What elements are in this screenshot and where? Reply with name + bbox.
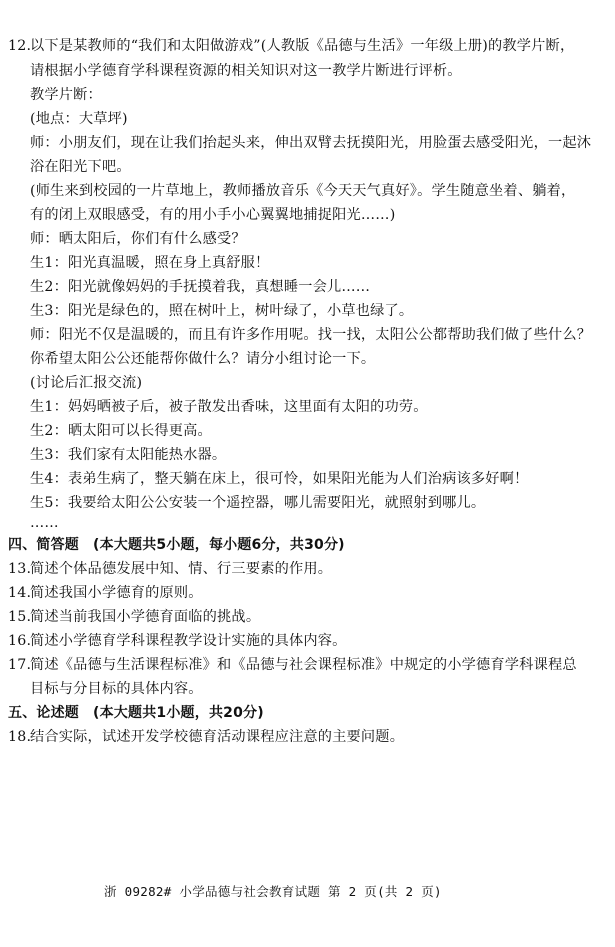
question-text-continued: 目标与分目标的具体内容。 (30, 680, 203, 698)
dialogue-line: 生2：阳光就像妈妈的手抚摸着我，真想睡一会儿…… (30, 278, 370, 296)
section-note: (本大题共5小题，每小题6分，共30分) (93, 537, 345, 553)
question-18: 18. (8, 728, 31, 746)
question-number: 13. (8, 561, 31, 577)
question-13: 13. (8, 560, 31, 578)
question-text: 结合实际，试述开发学校德育活动课程应注意的主要问题。 (30, 728, 404, 746)
question-14: 14. (8, 584, 31, 602)
dialogue-line: 生4：表弟生病了，整天躺在床上，很可怜，如果阳光能为人们治病该多好啊！ (30, 470, 528, 488)
exam-page: 12. 以下是某教师的“我们和太阳做游戏”(人教版《品德与生活》一年级上册)的教… (0, 0, 615, 947)
question-number: 16. (8, 633, 31, 649)
question-12: 12. (8, 37, 31, 55)
question-number: 18. (8, 729, 31, 745)
question-text: 简述当前我国小学德育面临的挑战。 (30, 608, 260, 626)
fragment-label: 教学片断： (30, 86, 102, 104)
question-number: 14. (8, 585, 31, 601)
dialogue-ellipsis: …… (30, 514, 59, 532)
page-footer: 浙 09282# 小学品德与社会教育试题 第 2 页(共 2 页) (104, 884, 442, 900)
section-5-heading: 五、论述题(本大题共1小题，共20分) (8, 704, 264, 722)
question-text: 简述我国小学德育的原则。 (30, 584, 203, 602)
section-4-heading: 四、简答题(本大题共5小题，每小题6分，共30分) (8, 536, 345, 554)
dialogue-line: 生3：阳光是绿色的，照在树叶上，树叶绿了，小草也绿了。 (30, 302, 413, 320)
dialogue-line: 浴在阳光下吧。 (30, 158, 131, 176)
dialogue-line: 生1：妈妈晒被子后，被子散发出香味，这里面有太阳的功劳。 (30, 398, 428, 416)
dialogue-line: 师：阳光不仅是温暖的，而且有许多作用呢。找一找，太阳公公都帮助我们做了些什么？ (30, 326, 591, 344)
question-number: 15. (8, 609, 31, 625)
question-16: 16. (8, 632, 31, 650)
dialogue-line: 有的闭上双眼感受，有的用小手小心翼翼地捕捉阳光……) (30, 206, 395, 224)
dialogue-line: 生1：阳光真温暖，照在身上真舒服！ (30, 254, 269, 272)
dialogue-line: (讨论后汇报交流) (30, 374, 142, 392)
question-17: 17. (8, 656, 31, 674)
dialogue-line: (师生来到校园的一片草地上，教师播放音乐《今天天气真好》。学生随意坐着、躺着， (30, 182, 575, 200)
dialogue-line: 师：晒太阳后，你们有什么感受？ (30, 230, 246, 248)
question-12-line-1: 以下是某教师的“我们和太阳做游戏”(人教版《品德与生活》一年级上册)的教学片断， (30, 37, 574, 55)
section-title: 五、论述题 (8, 705, 79, 721)
question-number: 17. (8, 657, 31, 673)
question-text: 简述个体品德发展中知、情、行三要素的作用。 (30, 560, 332, 578)
question-15: 15. (8, 608, 31, 626)
section-title: 四、简答题 (8, 537, 79, 553)
dialogue-line: 生3：我们家有太阳能热水器。 (30, 446, 226, 464)
question-text: 简述小学德育学科课程教学设计实施的具体内容。 (30, 632, 347, 650)
dialogue-line: 师：小朋友们，现在让我们抬起头来，伸出双臂去抚摸阳光，用脸蛋去感受阳光，一起沐 (30, 134, 591, 152)
question-number: 12. (8, 38, 31, 54)
section-note: (本大题共1小题，共20分) (93, 705, 264, 721)
question-12-line-2: 请根据小学德育学科课程资源的相关知识对这一教学片断进行评析。 (30, 62, 462, 80)
dialogue-line: 你希望太阳公公还能帮你做什么？请分小组讨论一下。 (30, 350, 375, 368)
question-text: 简述《品德与生活课程标准》和《品德与社会课程标准》中规定的小学德育学科课程总 (30, 656, 577, 674)
dialogue-line: 生5：我要给太阳公公安装一个遥控器，哪儿需要阳光，就照射到哪儿。 (30, 494, 485, 512)
location-note: (地点：大草坪) (30, 110, 128, 128)
dialogue-line: 生2：晒太阳可以长得更高。 (30, 422, 212, 440)
